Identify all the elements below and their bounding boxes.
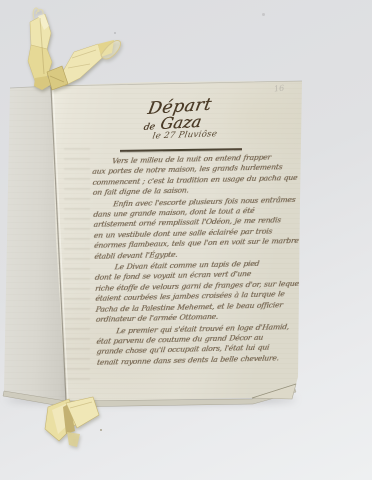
- paragraph: Le Divan était comme un tapis de pieddon…: [94, 258, 307, 326]
- photograph-backdrop: 16 Départ de Gaza le 27 Pluviôse Vers le…: [0, 0, 372, 480]
- paragraph: Le premier qui s'était trouvé en loge d'…: [95, 321, 308, 368]
- top-ribbon-tie: [28, 8, 121, 90]
- dust-speck: [100, 429, 102, 431]
- title-underline: [120, 148, 242, 152]
- manuscript-page: 16 Départ de Gaza le 27 Pluviôse Vers le…: [48, 78, 306, 404]
- bottom-ribbon-tie: [45, 397, 99, 447]
- paragraph: Enfin avec l'escorte plusieurs fois nous…: [92, 194, 305, 262]
- manuscript-text: Vers le milieu de la nuit on entend frap…: [91, 152, 308, 369]
- dust-speck: [262, 13, 265, 16]
- dust-speck: [114, 32, 116, 34]
- paragraph: Vers le milieu de la nuit on entend frap…: [91, 152, 304, 199]
- title-block: Départ de Gaza le 27 Pluviôse: [143, 94, 293, 139]
- ink-showthrough: [64, 148, 90, 388]
